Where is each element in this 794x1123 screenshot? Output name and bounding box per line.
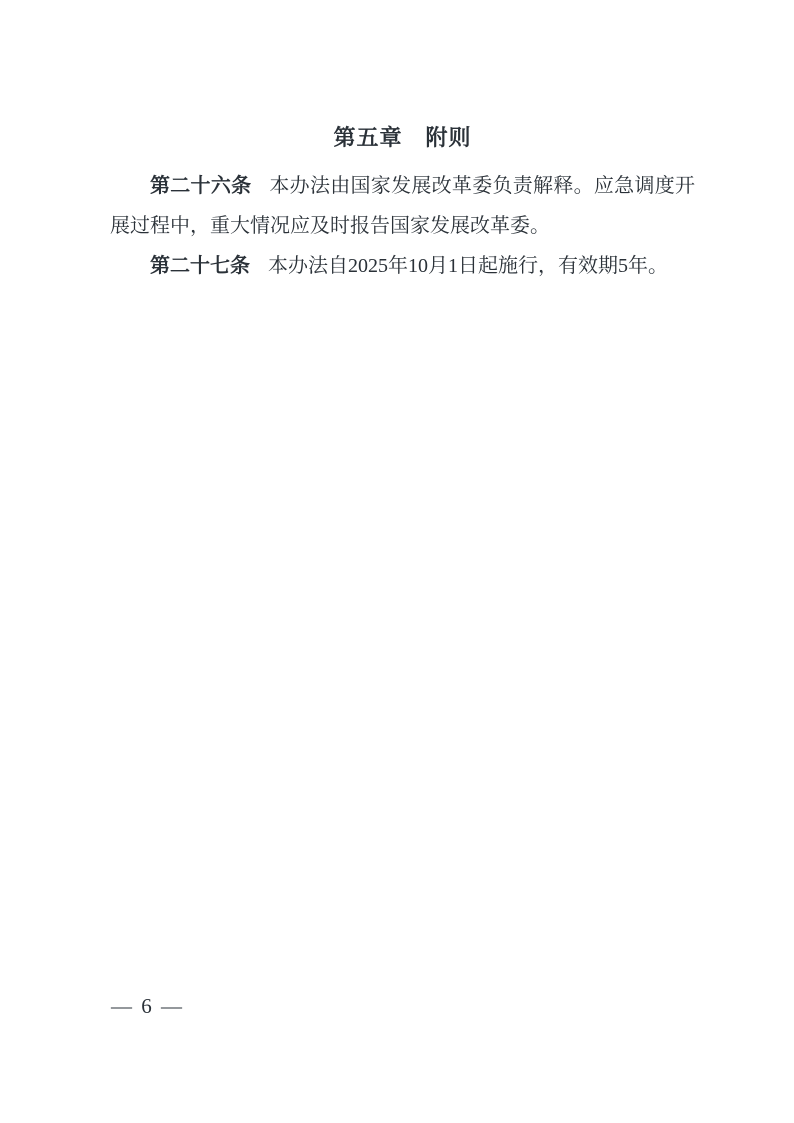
article-text: 本办法自2025年10月1日起施行，有效期5年。 [268,255,668,277]
document-page: 第五章 附则 第二十六条本办法由国家发展改革委负责解释。应急调度开展过程中，重大… [0,0,794,1123]
page-number: — 6 — [111,994,184,1019]
chapter-heading: 第五章 附则 [110,118,695,158]
article-paragraph: 第二十七条本办法自2025年10月1日起施行，有效期5年。 [110,246,695,286]
article-number: 第二十七条 [150,255,250,277]
article-paragraph: 第二十六条本办法由国家发展改革委负责解释。应急调度开展过程中，重大情况应及时报告… [110,166,695,246]
article-number: 第二十六条 [150,175,251,197]
document-body: 第五章 附则 第二十六条本办法由国家发展改革委负责解释。应急调度开展过程中，重大… [110,118,695,286]
